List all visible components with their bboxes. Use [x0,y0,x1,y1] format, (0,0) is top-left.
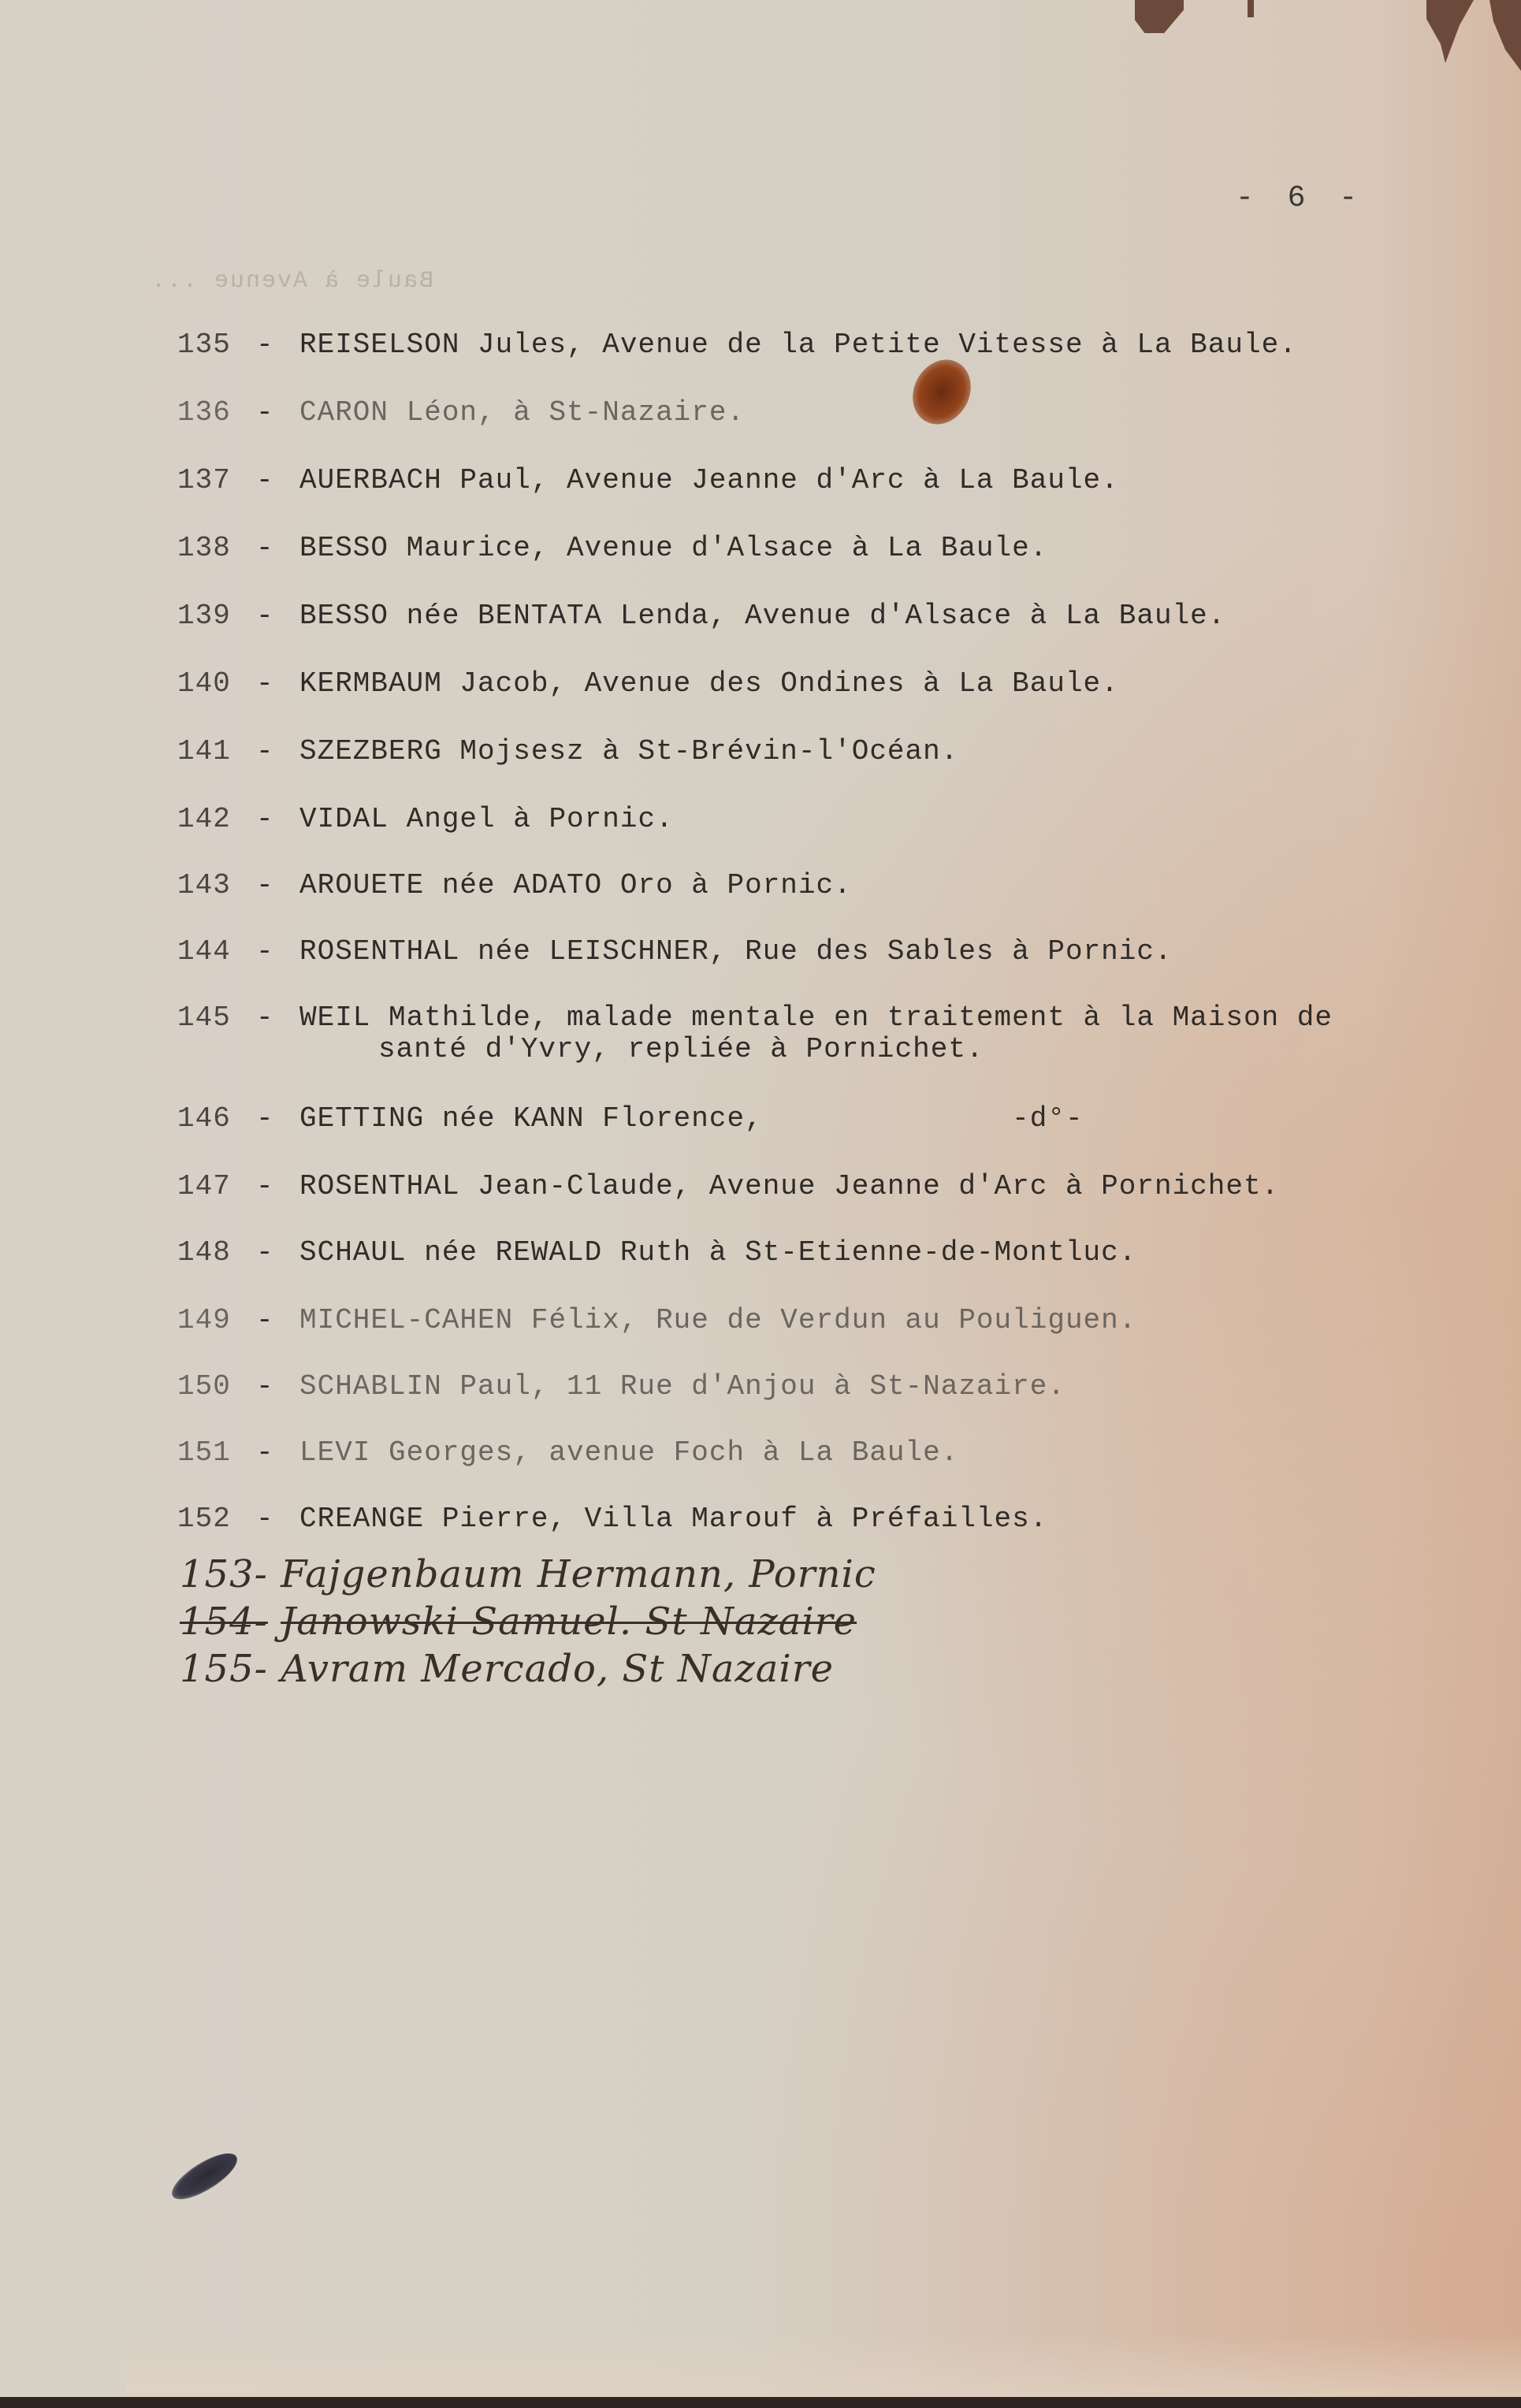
entry-number: 138 [177,533,256,564]
entry-text: SCHABLIN Paul, 11 Rue d'Anjou à St-Nazai… [299,1370,1065,1403]
list-item: 147-ROSENTHAL Jean-Claude, Avenue Jeanne… [177,1171,1279,1202]
list-item: 146-GETTING née KANN Florence, -d°- [177,1103,1084,1135]
entry-number: 136 [177,397,256,429]
entry-number: 148 [177,1237,256,1269]
torn-edge [1135,0,1184,33]
entry-text: ROSENTHAL née LEISCHNER, Rue des Sables … [299,935,1173,968]
entry-number: 144 [177,936,256,968]
entry-text: BESSO Maurice, Avenue d'Alsace à La Baul… [299,532,1047,564]
list-item: 142-VIDAL Angel à Pornic. [177,804,674,835]
entry-text: Avram Mercado, St Nazaire [281,1647,834,1691]
entry-text: BESSO née BENTATA Lenda, Avenue d'Alsace… [299,600,1225,632]
entry-text: SCHAUL née REWALD Ruth à St-Etienne-de-M… [299,1236,1136,1269]
handwritten-entry: 155- Avram Mercado, St Nazaire [180,1647,834,1691]
entry-number: 143 [177,870,256,901]
paper-fold [126,2334,1521,2397]
torn-edge [1426,0,1474,63]
entry-text: WEIL Mathilde, malade mentale en traitem… [299,1001,1333,1034]
entry-number: 145 [177,1002,256,1034]
torn-edge [1248,0,1254,17]
page-number: - 6 - [1236,181,1365,215]
list-item: 149-MICHEL-CAHEN Félix, Rue de Verdun au… [177,1305,1136,1336]
entry-text: Fajgenbaum Hermann, Pornic [281,1552,876,1596]
list-item: 137-AUERBACH Paul, Avenue Jeanne d'Arc à… [177,465,1119,496]
entry-text: ROSENTHAL Jean-Claude, Avenue Jeanne d'A… [299,1170,1279,1202]
entry-text: AUERBACH Paul, Avenue Jeanne d'Arc à La … [299,464,1119,496]
entry-number: 154- [180,1600,268,1644]
list-item: 144-ROSENTHAL née LEISCHNER, Rue des Sab… [177,936,1173,968]
entry-number: 139 [177,600,256,632]
entry-number: 146 [177,1103,256,1135]
entry-number: 153- [180,1552,268,1596]
rust-stain [902,350,982,435]
entry-number: 137 [177,465,256,496]
entry-text: GETTING née KANN Florence, -d°- [299,1102,1084,1135]
entry-number: 141 [177,736,256,767]
entry-text: LEVI Georges, avenue Foch à La Baule. [299,1436,958,1469]
bleed-through-text: Baule à Avenue ... [150,268,433,295]
list-item: 138-BESSO Maurice, Avenue d'Alsace à La … [177,533,1047,564]
entry-text: AROUETE née ADATO Oro à Pornic. [299,869,852,901]
entry-number: 149 [177,1305,256,1336]
entry-number: 155- [180,1647,268,1691]
entry-number: 152 [177,1503,256,1535]
list-item: 151-LEVI Georges, avenue Foch à La Baule… [177,1437,958,1469]
bottom-edge [0,2397,1521,2408]
list-item: 139-BESSO née BENTATA Lenda, Avenue d'Al… [177,600,1225,632]
entry-continuation: santé d'Yvry, repliée à Pornichet. [177,1034,1333,1065]
entry-number: 151 [177,1437,256,1469]
list-item: 152-CREANGE Pierre, Villa Marouf à Préfa… [177,1503,1047,1535]
entry-text: REISELSON Jules, Avenue de la Petite Vit… [299,329,1297,361]
entry-number: 150 [177,1371,256,1403]
list-item: 145-WEIL Mathilde, malade mentale en tra… [177,1002,1333,1065]
entry-text: Janowski Samuel. St Nazaire [281,1600,857,1644]
list-item: 141-SZEZBERG Mojsesz à St-Brévin-l'Océan… [177,736,958,767]
entry-text: CREANGE Pierre, Villa Marouf à Préfaille… [299,1503,1047,1535]
entry-text: KERMBAUM Jacob, Avenue des Ondines à La … [299,667,1119,700]
list-item: 143-AROUETE née ADATO Oro à Pornic. [177,870,852,901]
entry-number: 147 [177,1171,256,1202]
list-item: 148-SCHAUL née REWALD Ruth à St-Etienne-… [177,1237,1136,1269]
list-item: 135-REISELSON Jules, Avenue de la Petite… [177,329,1297,361]
entry-number: 135 [177,329,256,361]
ink-blot [165,2145,244,2207]
entry-text: VIDAL Angel à Pornic. [299,803,674,835]
entry-number: 140 [177,668,256,700]
entry-number: 142 [177,804,256,835]
list-item: 140-KERMBAUM Jacob, Avenue des Ondines à… [177,668,1119,700]
entry-text: MICHEL-CAHEN Félix, Rue de Verdun au Pou… [299,1304,1136,1336]
entry-text: SZEZBERG Mojsesz à St-Brévin-l'Océan. [299,735,958,767]
entry-text: CARON Léon, à St-Nazaire. [299,396,745,429]
handwritten-entry: 153- Fajgenbaum Hermann, Pornic [180,1552,876,1596]
document-page: - 6 - Baule à Avenue ... 135-REISELSON J… [0,0,1521,2408]
torn-edge [1482,0,1521,71]
handwritten-entry-struck: 154- Janowski Samuel. St Nazaire [180,1600,857,1644]
list-item: 136-CARON Léon, à St-Nazaire. [177,397,745,429]
list-item: 150-SCHABLIN Paul, 11 Rue d'Anjou à St-N… [177,1371,1065,1403]
